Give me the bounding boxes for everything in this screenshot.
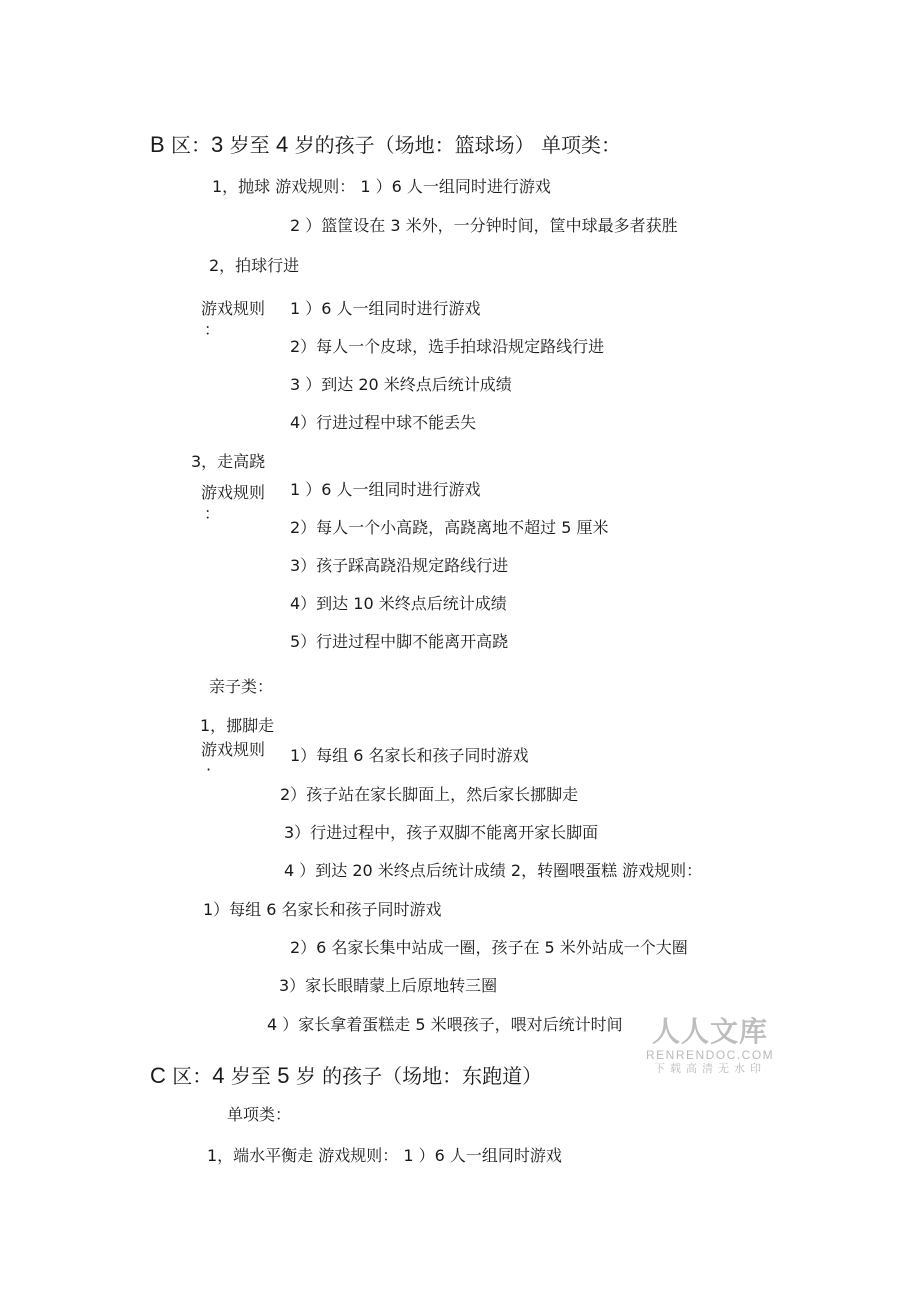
rules-label: 游戏规则 — [201, 740, 265, 760]
rules-label: 游戏规则 — [201, 483, 265, 503]
watermark-subtitle: 下载高清无水印 — [646, 1062, 774, 1076]
rules-label-dot: · — [206, 762, 211, 778]
watermark-title: 人人文库 — [646, 1016, 774, 1048]
zone-b-heading: B 区：3 岁至 4 岁的孩子（场地：篮球场） 单项类： — [150, 132, 621, 158]
rule-item: 2 ）篮筐设在 3 米外，一分钟时间，筐中球最多者获胜 — [290, 216, 678, 236]
zone-c-heading: C 区：4 岁至 5 岁 的孩子（场地：东跑道） — [150, 1063, 542, 1089]
rule-item: 1）每组 6 名家长和孩子同时游戏 — [203, 900, 442, 920]
rule-item: 2）每人一个小高跷，高跷离地不超过 5 厘米 — [290, 518, 609, 538]
game-title-foot-walk: 1，挪脚走 — [200, 716, 274, 736]
rule-item: 4 ）到达 20 米终点后统计成绩 2，转圈喂蛋糕 游戏规则： — [284, 861, 702, 881]
rule-item: 4 ）家长拿着蛋糕走 5 米喂孩子，喂对后统计时间 — [267, 1015, 623, 1035]
parent-child-category: 亲子类： — [209, 677, 273, 697]
rule-item: 2）每人一个皮球，选手拍球沿规定路线行进 — [290, 337, 604, 357]
rule-item: 1）每组 6 名家长和孩子同时游戏 — [290, 746, 529, 766]
rule-item: 2）6 名家长集中站成一圈，孩子在 5 米外站成一个大圈 — [290, 938, 688, 958]
watermark-domain: RENRENDOC.COM — [646, 1048, 774, 1062]
watermark: 人人文库 RENRENDOC.COM 下载高清无水印 — [646, 1016, 774, 1076]
rule-item: 3）行进过程中，孩子双脚不能离开家长脚面 — [284, 823, 598, 843]
rules-label-colon: ： — [204, 322, 220, 338]
game-title-throw-ball: 1，抛球 游戏规则： 1 ）6 人一组同时进行游戏 — [212, 177, 551, 197]
individual-category: 单项类： — [227, 1105, 291, 1125]
zone-b-letter: B — [150, 132, 165, 157]
game-title-water-balance: 1，端水平衡走 游戏规则： 1 ）6 人一组同时游戏 — [207, 1146, 562, 1166]
rules-label-colon: ： — [204, 506, 220, 522]
game-title-stilts: 3，走高跷 — [191, 452, 265, 472]
rule-item: 1 ）6 人一组同时进行游戏 — [290, 299, 481, 319]
rule-item: 2）孩子站在家长脚面上，然后家长挪脚走 — [280, 785, 578, 805]
rule-item: 3）孩子踩高跷沿规定路线行进 — [290, 556, 508, 576]
rule-item: 4）到达 10 米终点后统计成绩 — [290, 594, 507, 614]
rules-label: 游戏规则 — [201, 299, 265, 319]
rule-item: 3 ）到达 20 米终点后统计成绩 — [290, 375, 512, 395]
rule-item: 4）行进过程中球不能丢失 — [290, 413, 476, 433]
game-title-dribble: 2，拍球行进 — [209, 256, 299, 276]
zone-c-letter: C — [150, 1063, 166, 1088]
rule-item: 3）家长眼睛蒙上后原地转三圈 — [279, 976, 497, 996]
rule-item: 5）行进过程中脚不能离开高跷 — [290, 632, 508, 652]
rule-item: 1 ）6 人一组同时进行游戏 — [290, 480, 481, 500]
